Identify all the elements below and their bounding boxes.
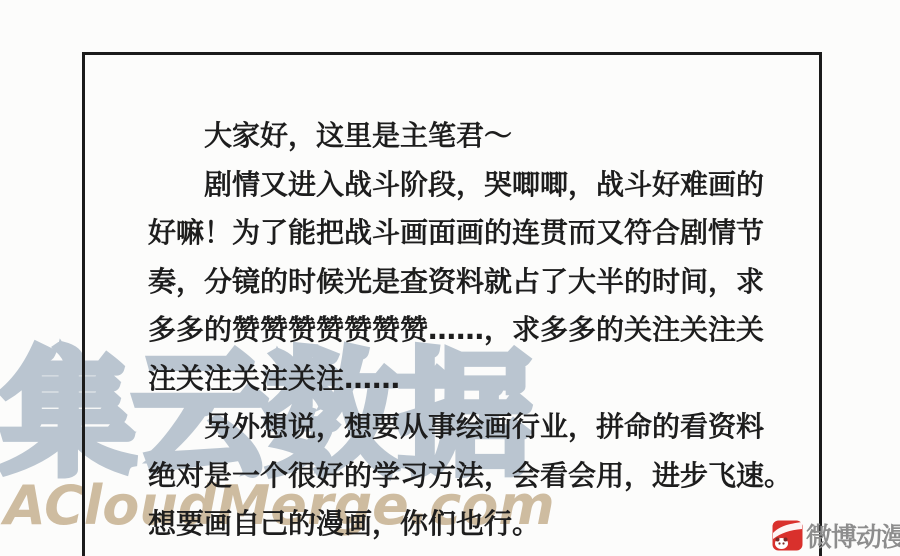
note-line: 奏，分镜的时候光是查资料就占了大半的时间，求 <box>148 258 788 307</box>
weibo-comics-icon <box>772 520 803 551</box>
note-line: 注关注关注关注…… <box>148 355 788 404</box>
weibo-comics-logo: 微博动漫 <box>772 518 900 552</box>
note-line: 好嘛！为了能把战斗画面画的连贯而又符合剧情节 <box>148 209 788 258</box>
note-line: 剧情又进入战斗阶段，哭唧唧，战斗好难画的 <box>148 161 788 210</box>
note-line: 多多的赞赞赞赞赞赞赞……，求多多的关注关注关 <box>148 306 788 355</box>
note-line: 大家好，这里是主笔君～ <box>148 112 788 161</box>
note-line: 绝对是一个很好的学习方法，会看会用，进步飞速。 <box>148 452 788 501</box>
note-line: 想要画自己的漫画，你们也行。 <box>148 500 788 549</box>
note-line: 另外想说，想要从事绘画行业，拼命的看资料 <box>148 403 788 452</box>
author-note-text: 大家好，这里是主笔君～ 剧情又进入战斗阶段，哭唧唧，战斗好难画的 好嘛！为了能把… <box>148 112 788 549</box>
comic-author-note-page: 集云数据 ACloudMerge.com 大家好，这里是主笔君～ 剧情又进入战斗… <box>0 0 900 556</box>
weibo-comics-label: 微博动漫 <box>806 517 900 554</box>
